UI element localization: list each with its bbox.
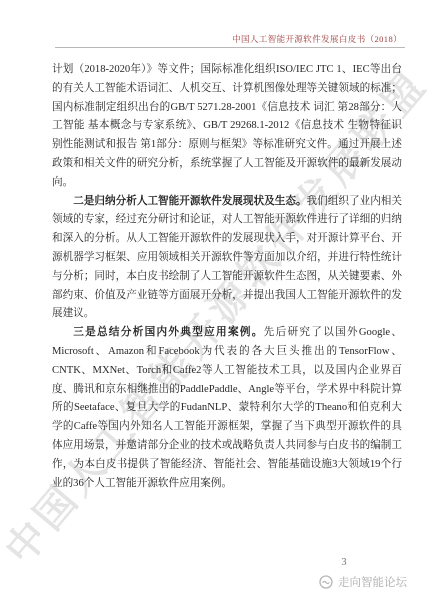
document-page: 中国人工智能开源软件发展联盟 中国人工智能开源软件发展白皮书（2018） 计划（…: [0, 0, 428, 605]
page-number: 3: [336, 557, 352, 568]
paragraph-three-text: 先后研究了以国外Google、Microsoft、Amazon和Facebook…: [52, 327, 402, 488]
paragraph-two-text: 我们组织了业内相关领域的专家，经过充分研讨和论证，对人工智能开源软件进行了详细的…: [52, 196, 402, 320]
paragraph-three-heading: 三是总结分析国内外典型应用案例。: [73, 327, 263, 338]
paragraph-two-heading: 二是归纳分析人工智能开源软件发展现状及生态。: [73, 196, 306, 207]
forum-logo-icon: [319, 575, 333, 589]
page-header-title: 中国人工智能开源软件发展白皮书（2018）: [232, 33, 402, 45]
paragraph-three: 三是总结分析国内外典型应用案例。先后研究了以国外Google、Microsoft…: [52, 324, 402, 493]
forum-label: 走向智能论坛: [338, 574, 407, 590]
paragraph-policy-research: 计划（2018-2020年）》等文件；国际标准化组织ISO/IEC JTC 1、…: [52, 61, 402, 193]
footer-brand: 走向智能论坛: [319, 574, 407, 590]
header-divider: [55, 47, 405, 48]
paragraph-two: 二是归纳分析人工智能开源软件发展现状及生态。我们组织了业内相关领域的专家，经过充…: [52, 193, 402, 325]
document-body: 计划（2018-2020年）》等文件；国际标准化组织ISO/IEC JTC 1、…: [52, 61, 402, 493]
